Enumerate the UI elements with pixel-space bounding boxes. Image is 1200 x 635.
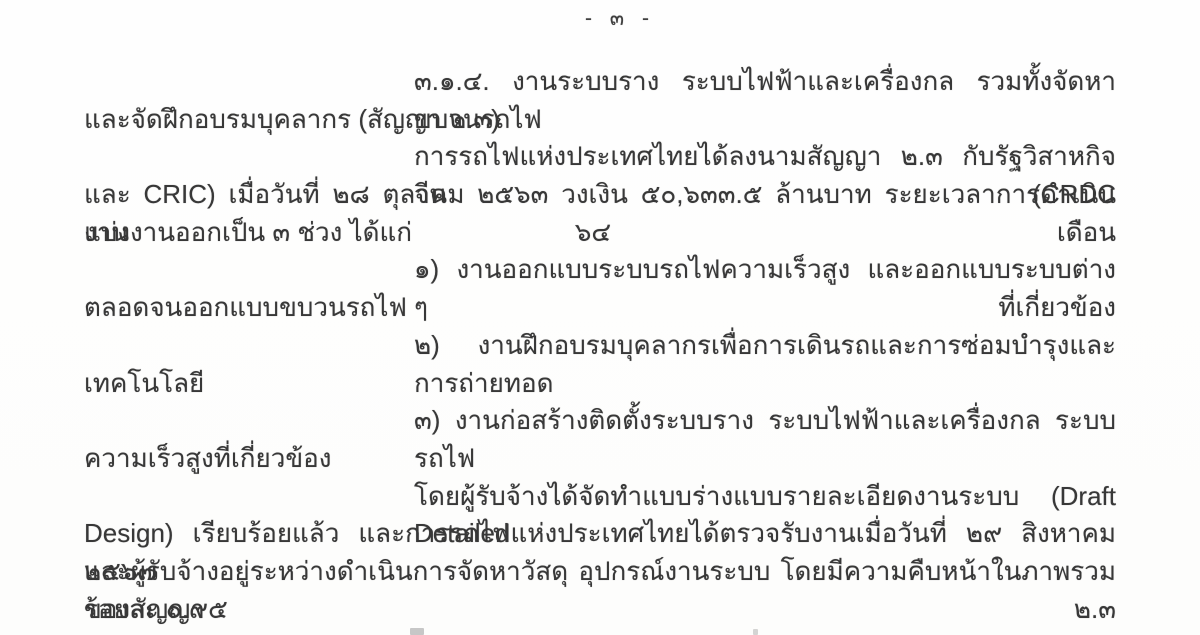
document-line: การรถไฟแห่งประเทศไทยได้ลงนามสัญญา ๒.๓ กั… bbox=[84, 138, 1116, 176]
document-line: เทคโนโลยี bbox=[84, 365, 1116, 403]
document-line: ๑) งานออกแบบระบบรถไฟความเร็วสูง และออกแบ… bbox=[84, 251, 1116, 289]
document-line: ความเร็วสูงที่เกี่ยวข้อง bbox=[84, 440, 1116, 478]
document-body: ๓.๑.๔. งานระบบราง ระบบไฟฟ้าและเครื่องกล … bbox=[84, 63, 1116, 628]
cutoff-next-line-fragment bbox=[410, 628, 424, 635]
document-line: และ CRIC) เมื่อวันที่ ๒๘ ตุลาคม ๒๕๖๓ วงเ… bbox=[84, 176, 1116, 214]
document-line: และจัดฝึกอบรมบุคลากร (สัญญา ๒.๓) bbox=[84, 101, 1116, 139]
document-line: Design) เรียบร้อยแล้ว และการรถไฟแห่งประเ… bbox=[84, 515, 1116, 553]
scanned-document-page: - ๓ - ๓.๑.๔. งานระบบราง ระบบไฟฟ้าและเครื… bbox=[0, 0, 1200, 635]
document-line: ๓.๑.๔. งานระบบราง ระบบไฟฟ้าและเครื่องกล … bbox=[84, 63, 1116, 101]
page-number: - ๓ - bbox=[20, 2, 1200, 35]
cutoff-next-line-fragment bbox=[753, 629, 758, 635]
document-line: และผู้รับจ้างอยู่ระหว่างดำเนินการจัดหาวั… bbox=[84, 553, 1116, 591]
document-line: ๒) งานฝึกอบรมบุคลากรเพื่อการเดินรถและการ… bbox=[84, 327, 1116, 365]
document-line: ๓) งานก่อสร้างติดตั้งระบบราง ระบบไฟฟ้าแล… bbox=[84, 402, 1116, 440]
document-line: โดยผู้รับจ้างได้จัดทำแบบร่างแบบรายละเอีย… bbox=[84, 478, 1116, 516]
